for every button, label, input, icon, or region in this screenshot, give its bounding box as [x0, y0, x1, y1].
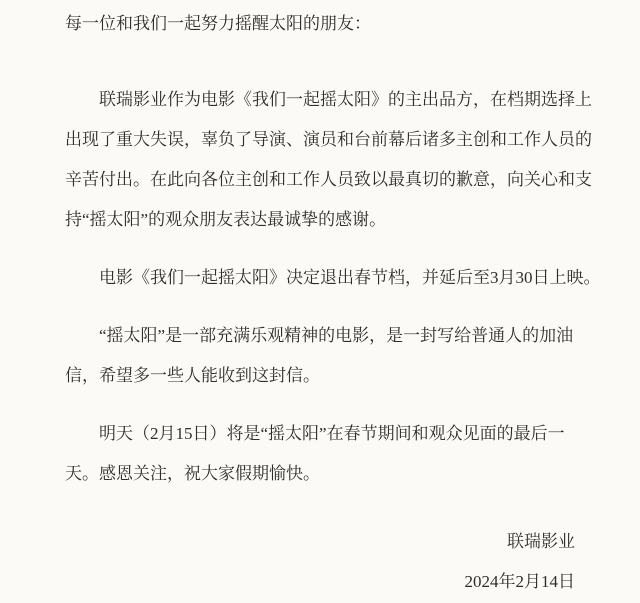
paragraph-release-change: 电影《我们一起摇太阳》决定退出春节档，并延后至3月30日上映。 [65, 258, 575, 298]
salutation: 每一位和我们一起努力摇醒太阳的朋友： [65, 4, 575, 44]
date: 2024年2月14日 [65, 562, 575, 602]
paragraph-line: “摇太阳”是一部充满乐观精神的电影，是一封写给普通人的加油 [65, 316, 575, 356]
paragraph-line: 出现了重大失误，辜负了导演、演员和台前幕后诸多主创和工作人员的 [65, 120, 575, 160]
paragraph-line: 持“摇太阳”的观众朋友表达最诚挚的感谢。 [65, 200, 575, 240]
signature: 联瑞影业 [65, 522, 575, 562]
paragraph-last-day-notice: 明天（2月15日）将是“摇太阳”在春节期间和观众见面的最后一 天。感恩关注，祝大… [65, 414, 575, 494]
paragraph-line: 电影《我们一起摇太阳》决定退出春节档，并延后至3月30日上映。 [65, 258, 575, 298]
paragraph-line: 信，希望多一些人能收到这封信。 [65, 356, 575, 396]
paragraph-film-description: “摇太阳”是一部充满乐观精神的电影，是一封写给普通人的加油 信，希望多一些人能收… [65, 316, 575, 396]
paragraph-line: 明天（2月15日）将是“摇太阳”在春节期间和观众见面的最后一 [65, 414, 575, 454]
paragraph-line: 辛苦付出。在此向各位主创和工作人员致以最真切的歉意，向关心和支 [65, 160, 575, 200]
signature-block: 联瑞影业 2024年2月14日 [65, 522, 575, 602]
letter-document: 每一位和我们一起努力摇醒太阳的朋友： 联瑞影业作为电影《我们一起摇太阳》的主出品… [0, 0, 640, 602]
paragraph-line: 天。感恩关注，祝大家假期愉快。 [65, 454, 575, 494]
paragraph-line: 联瑞影业作为电影《我们一起摇太阳》的主出品方，在档期选择上 [65, 80, 575, 120]
paragraph-apology: 联瑞影业作为电影《我们一起摇太阳》的主出品方，在档期选择上 出现了重大失误，辜负… [65, 80, 575, 240]
